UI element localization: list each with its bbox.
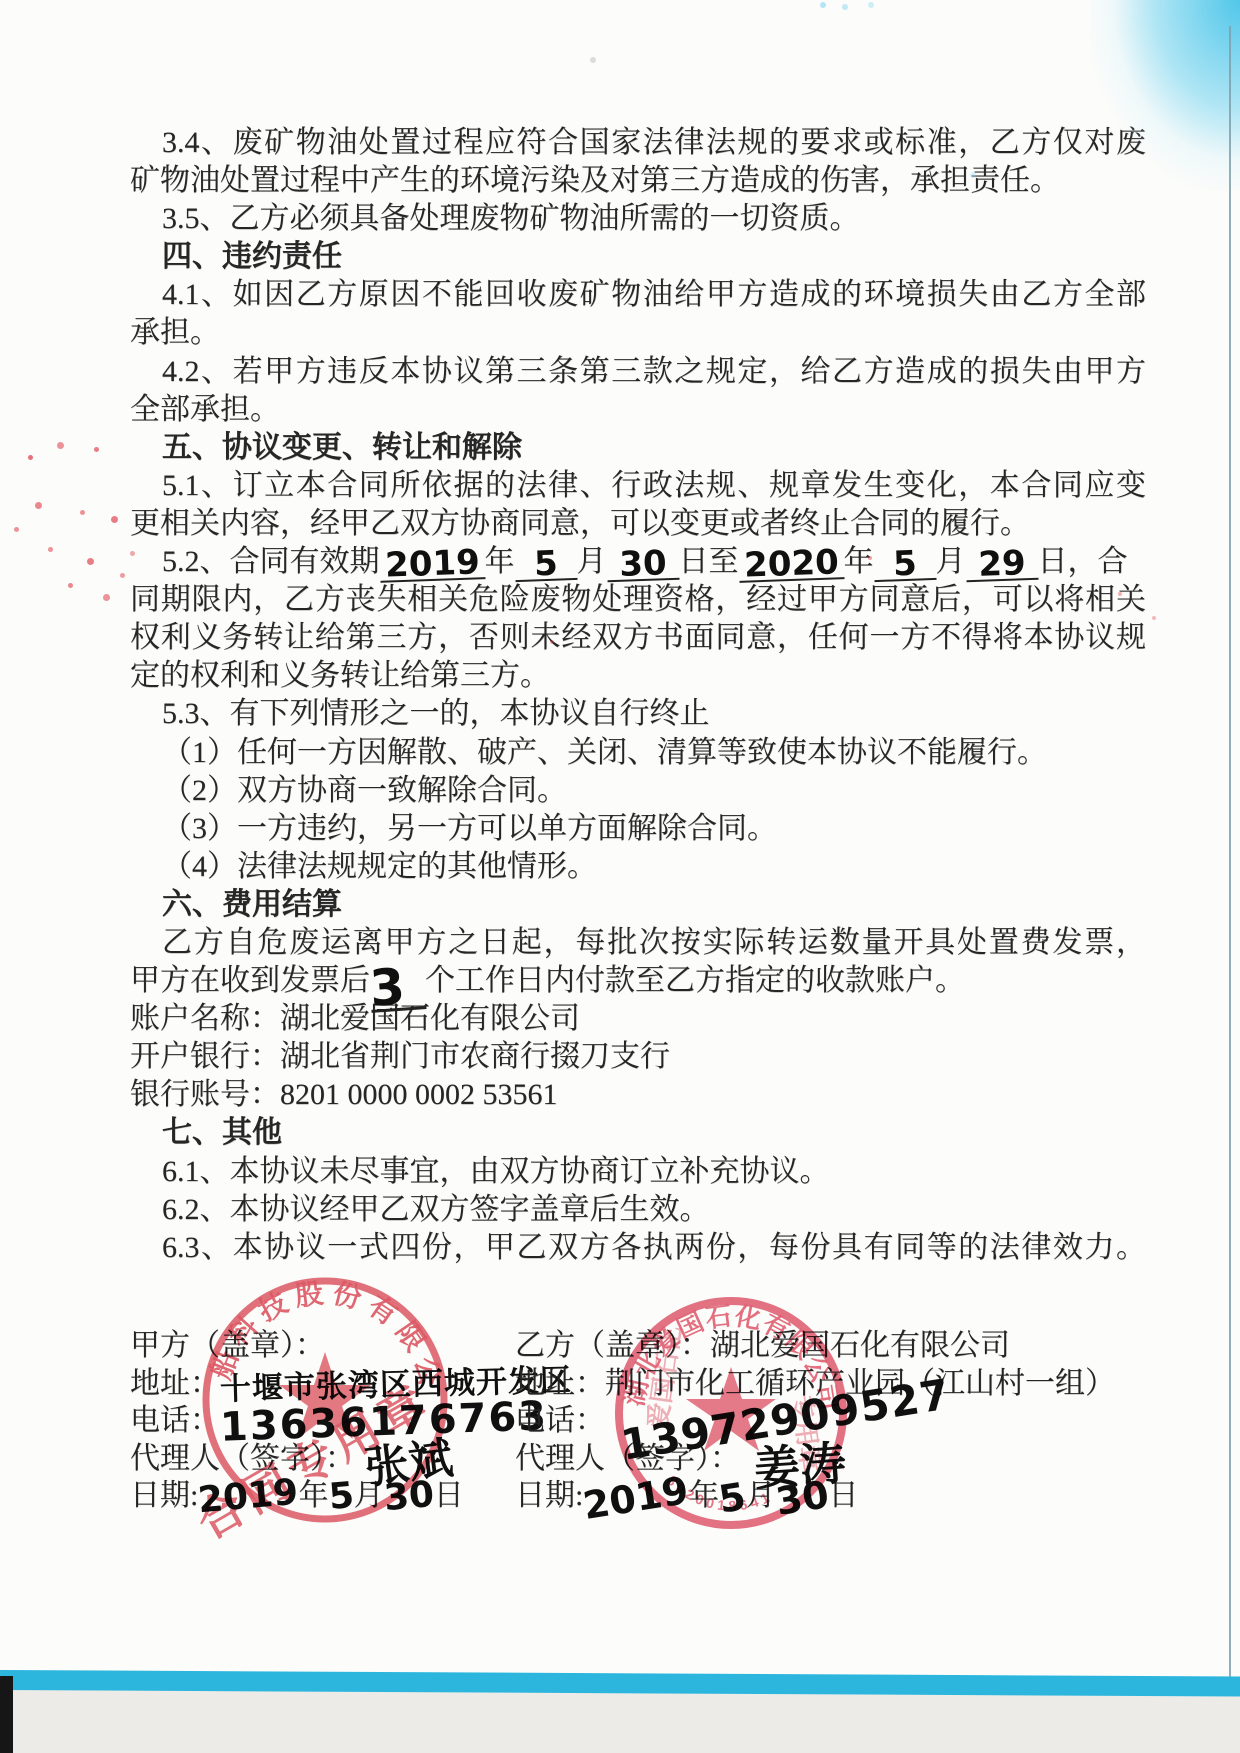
party-a-date-day-hw: 30 [382,1476,435,1518]
section-heading-7: 七、其他 [130,1114,1146,1152]
scanned-contract-page: 3.4、废矿物油处置过程应符合国家法律法规的要求或标准，乙方仅对废 矿物油处置过… [0,0,1240,1753]
fee-clause-line-1: 乙方自危废运离甲方之日起，每批次按实际转运数量开具处置费发票， [130,924,1146,962]
page-edge-line [1229,26,1231,1681]
party-b-year-label: 年 [689,1479,719,1512]
clause-6-2: 6.2、本协议经甲乙双方签字盖章后生效。 [130,1191,1146,1229]
party-b-seal-label: 乙方（盖章）： [515,1329,710,1362]
party-b-agent-row: 代理人（签字）：姜涛 [515,1440,1175,1478]
to-label: 日至 [679,545,739,578]
handwritten-start-day: 30 [606,548,679,582]
stray-red-specks [868,556,872,560]
clause-4-1-line-1: 4.1、如因乙方原因不能回收废矿物油给甲方造成的环境损失由乙方全部 [130,276,1146,314]
handwritten-start-month: 5 [514,548,577,582]
party-b-date-day-hw: 30 [773,1476,831,1521]
clause-5-2-prefix: 5.2、合同有效期 [162,545,380,578]
party-a-date-month-hw: 5 [327,1477,355,1517]
party-a-phone-label: 电话： [130,1404,220,1437]
clause-3-5: 3.5、乙方必须具备处理废物矿物油所需的一切资质。 [130,200,1146,238]
clause-5-2-line-2: 同期限内，乙方丧失相关危险废物处理资格，经过甲方同意后，可以将相关 [130,581,1146,619]
payment-days-line: 甲方在收到发票后3个工作日内付款至乙方指定的收款账户。 [130,962,1146,1000]
cyan-corner-smudge [1090,0,1240,190]
clause-5-2-line-4: 定的权利和义务转让给第三方。 [130,657,1146,695]
payment-prefix: 甲方在收到发票后 [130,964,370,997]
clause-5-3: 5.3、有下列情形之一的，本协议自行终止 [130,695,1146,733]
clause-5-2-line-3: 权利义务转让给第三方，否则未经双方书面同意，任何一方不得将本协议规 [130,619,1146,657]
year-label-2: 年 [844,545,874,578]
party-b-date-month-hw: 5 [716,1479,748,1520]
bank-account-line: 银行账号：8201 0000 0002 53561 [130,1076,1146,1114]
handwritten-payment-days: 3 [368,964,426,1013]
clause-6-1: 6.1、本协议未尽事宜，由双方协商订立补充协议。 [130,1153,1146,1191]
handwritten-end-day: 29 [965,548,1038,582]
clause-6-3: 6.3、本协议一式四份，甲乙双方各执两份，每份具有同等的法律效力。 [130,1229,1146,1267]
year-label: 年 [485,545,515,578]
handwritten-end-year: 2020 [738,547,844,583]
party-b-date-label: 日期: [515,1479,583,1512]
contract-text-body: 3.4、废矿物油处置过程应符合国家法律法规的要求或标准，乙方仅对废 矿物油处置过… [130,124,1146,1267]
section-heading-5: 五、协议变更、转让和解除 [130,429,1146,467]
clause-5-2-suffix: 日，合 [1038,545,1128,578]
handwritten-start-year: 2019 [379,547,485,583]
clause-5-1-line-2: 更相关内容，经甲乙双方协商同意，可以变更或者终止合同的履行。 [130,505,1146,543]
clause-4-2-line-2: 全部承担。 [130,391,1146,429]
month-label-2: 月 [936,545,966,578]
clause-5-3-item-3: （3）一方违约，另一方可以单方面解除合同。 [130,810,1146,848]
party-b-phone-label: 电话： [515,1404,605,1437]
party-b-date-year-hw: 2019 [581,1472,691,1526]
payment-suffix: 个工作日内付款至乙方指定的收款账户。 [425,964,965,997]
bank-name-line: 开户银行：湖北省荆门市农商行掇刀支行 [130,1038,1146,1076]
scan-dust-specks [820,2,826,8]
scan-shadow-strip [0,1676,13,1753]
red-ink-speckles [28,455,33,460]
month-label: 月 [577,545,607,578]
party-a-seal-label: 甲方（盖章）： [130,1329,325,1362]
section-heading-6: 六、费用结算 [130,886,1146,924]
party-b-signature-block: 乙方（盖章）：湖北爱国石化有限公司 地址：荆门市化工循环产业园（江山村一组） 电… [515,1327,1175,1515]
handwritten-end-month: 5 [873,548,936,582]
clause-4-2-line-1: 4.2、若甲方违反本协议第三条第三款之规定，给乙方造成的损失由甲方 [130,353,1146,391]
clause-5-3-item-4: （4）法律法规规定的其他情形。 [130,848,1146,886]
account-name-line: 账户名称：湖北爱国石化有限公司 [130,1000,1146,1038]
clause-3-4-line-1: 3.4、废矿物油处置过程应符合国家法律法规的要求或标准，乙方仅对废 [130,124,1146,162]
clause-4-1-line-2: 承担。 [130,314,1146,352]
party-a-year-label: 年 [299,1479,329,1512]
party-b-seal-row: 乙方（盖章）：湖北爱国石化有限公司 [515,1327,1175,1365]
party-b-phone-row: 电话： 13972909527 [515,1402,1175,1440]
party-a-date-year-hw: 2019 [197,1474,300,1520]
clause-5-3-item-1: （1）任何一方因解散、破产、关闭、清算等致使本协议不能履行。 [130,734,1146,772]
section-heading-4: 四、违约责任 [130,238,1146,276]
clause-3-4-line-2: 矿物油处置过程中产生的环境污染及对第三方造成的伤害，承担责任。 [130,162,1146,200]
clause-5-2-line: 5.2、合同有效期2019年5月30日至2020年5月29日，合 [130,543,1146,581]
clause-5-3-item-2: （2）双方协商一致解除合同。 [130,772,1146,810]
party-a-address-label: 地址： [130,1367,220,1400]
party-b-company-name: 湖北爱国石化有限公司 [710,1329,1010,1362]
party-a-date-label: 日期: [130,1479,198,1512]
clause-5-1-line-1: 5.1、订立本合同所依据的法律、行政法规、规章发生变化，本合同应变 [130,467,1146,505]
party-b-address-label: 地址： [515,1367,605,1400]
